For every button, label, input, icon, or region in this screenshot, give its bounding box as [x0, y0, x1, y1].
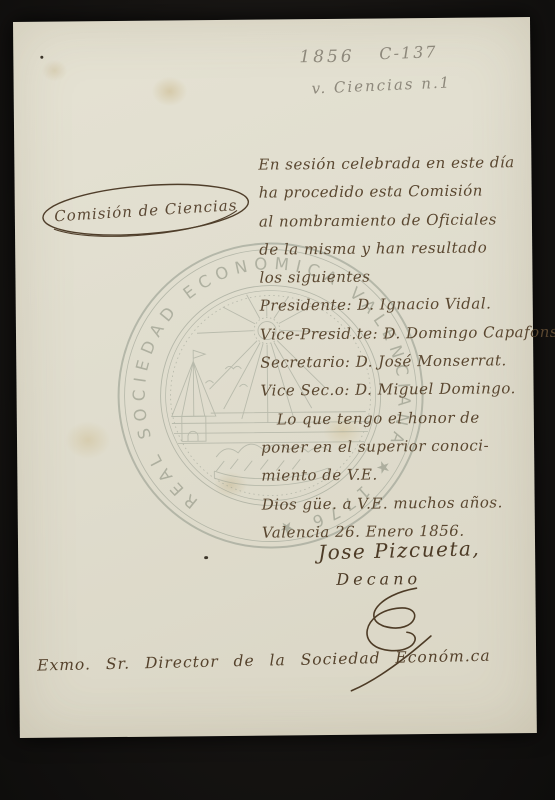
- signature-name: Jose Pizcueta,: [318, 536, 481, 564]
- ink-speck: [40, 56, 43, 59]
- letter-line: Secretario: D. José Monserrat.: [260, 346, 555, 377]
- letter-line: poner en el superior conoci-: [261, 431, 555, 462]
- age-stain: [152, 76, 188, 106]
- letter-line: los siguientes: [259, 261, 555, 292]
- tower-base-icon: [182, 416, 206, 441]
- archival-reference-note: C-137: [379, 42, 438, 63]
- letter-line: En sesión celebrada en este día: [258, 148, 555, 179]
- letter-line: Lo que tengo el honor de: [261, 402, 555, 433]
- pennant-icon: [193, 350, 205, 361]
- letter-line: de la misma y han resultado: [259, 233, 555, 264]
- letter-line: miento de V.E.: [261, 459, 555, 490]
- letter-line: Vice-Presid.te: D. Domingo Capafons: [260, 318, 555, 349]
- signature-rubric: [340, 584, 441, 697]
- letter-line: Dios güe. a V.E. muchos años.: [262, 487, 555, 518]
- letter-line: Presidente: D. Ignacio Vidal.: [260, 289, 555, 320]
- tower-door-icon: [188, 431, 198, 441]
- letter-body: En sesión celebrada en este día ha proce…: [258, 148, 555, 547]
- archival-year-note: 1856: [299, 47, 354, 68]
- letter-line: Vice Sec.o: D. Miguel Domingo.: [260, 374, 555, 405]
- age-stain: [41, 59, 67, 81]
- paper: 1856 C-137 v. Ciencias n.1 Comisión de C…: [13, 17, 537, 738]
- letter-line: al nombramiento de Oficiales: [259, 204, 555, 235]
- tower-roof-icon: [171, 361, 216, 416]
- age-stain: [65, 421, 111, 459]
- letter-line: ha procedido esta Comisión: [259, 176, 555, 207]
- photo-background: 1856 C-137 v. Ciencias n.1 Comisión de C…: [0, 0, 555, 800]
- archival-series-note: v. Ciencias n.1: [311, 73, 451, 97]
